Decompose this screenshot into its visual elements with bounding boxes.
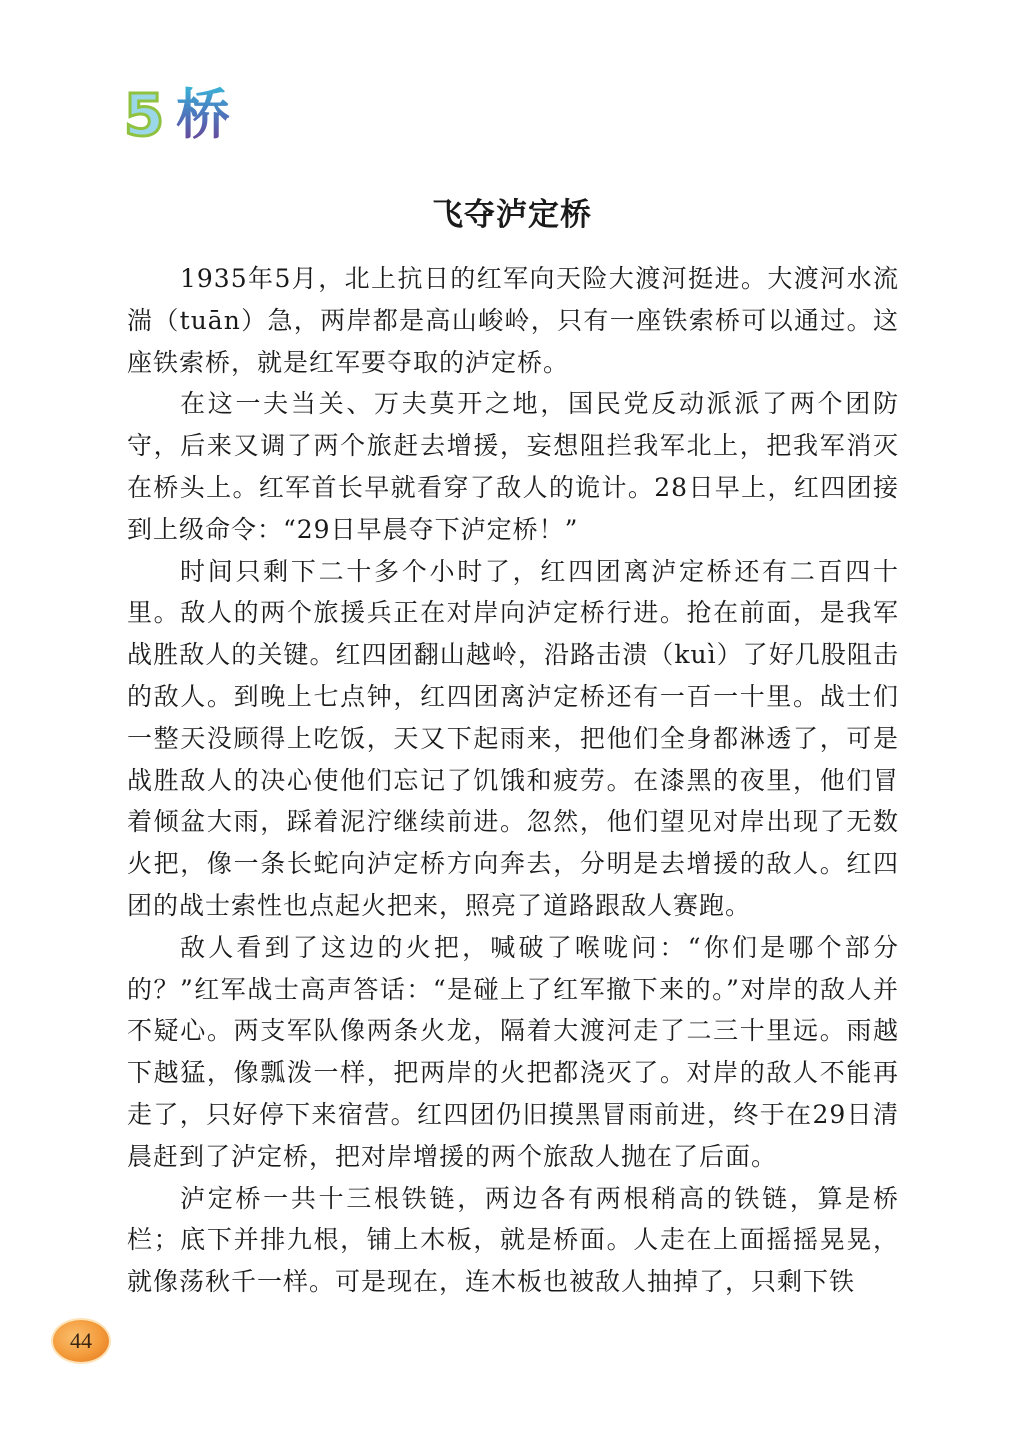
paragraph-5: 泸定桥一共十三根铁链，两边各有两根稍高的铁链，算是桥栏；底下并排九根，铺上木板，… [127, 1178, 899, 1303]
article-title: 飞夺泸定桥 [0, 193, 1024, 237]
paragraph-1: 1935年5月，北上抗日的红军向天险大渡河挺进。大渡河水流湍（tuān）急，两岸… [127, 258, 899, 383]
paragraph-2: 在这一夫当关、万夫莫开之地，国民党反动派派了两个团防守，后来又调了两个旅赶去增援… [127, 383, 899, 550]
page-number-badge: 44 [53, 1320, 109, 1362]
lesson-header: 5 桥 [122, 82, 230, 148]
lesson-title: 桥 [176, 85, 230, 145]
paragraph-4: 敌人看到了这边的火把，喊破了喉咙问：“你们是哪个部分的？”红军战士高声答话：“是… [127, 927, 899, 1178]
article-body: 1935年5月，北上抗日的红军向天险大渡河挺进。大渡河水流湍（tuān）急，两岸… [127, 258, 899, 1303]
page-number: 44 [70, 1328, 92, 1354]
lesson-number: 5 [122, 86, 166, 144]
paragraph-3: 时间只剩下二十多个小时了，红四团离泸定桥还有二百四十里。敌人的两个旅援兵正在对岸… [127, 551, 899, 927]
